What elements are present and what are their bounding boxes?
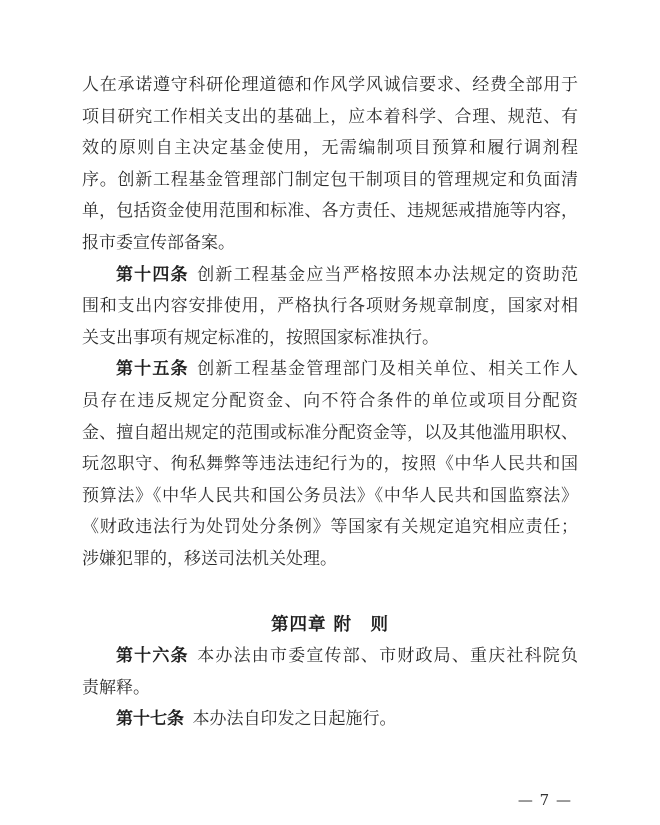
- line-text: 创新工程基金应当严格按照本办法规定的资助范: [197, 265, 578, 285]
- line-text: 员存在违反规定分配资金、向不符合条件的单位或项目分配资: [82, 391, 578, 411]
- line-text: 人在承诺遵守科研伦理道德和作风学风诚信要求、经费全部用于: [82, 75, 578, 95]
- text-line: 单，包括资金使用范围和标准、各方责任、违规惩戒措施等内容，: [82, 196, 578, 228]
- document-body: 人在承诺遵守科研伦理道德和作风学风诚信要求、经费全部用于 项目研究工作相关支出的…: [82, 70, 578, 736]
- page-number: — 7 —: [518, 791, 572, 809]
- text-line: 人在承诺遵守科研伦理道德和作风学风诚信要求、经费全部用于: [82, 70, 578, 102]
- article-16-line: 第十六条本办法由市委宣传部、市财政局、重庆社科院负: [82, 641, 578, 673]
- line-text: 《财政违法行为处罚处分条例》等国家有关规定追究相应责任；: [82, 517, 578, 537]
- article-14-line: 第十四条创新工程基金应当严格按照本办法规定的资助范: [82, 260, 578, 292]
- text-line: 涉嫌犯罪的，移送司法机关处理。: [82, 544, 578, 576]
- line-text: 效的原则自主决定基金使用，无需编制项目预算和履行调剂程: [82, 138, 578, 158]
- line-text: 预算法》《中华人民共和国公务员法》《中华人民共和国监察法》: [82, 486, 578, 506]
- line-text: 本办法由市委宣传部、市财政局、重庆社科院负: [197, 646, 578, 666]
- text-line: 效的原则自主决定基金使用，无需编制项目预算和履行调剂程: [82, 133, 578, 165]
- text-line: 围和支出内容安排使用，严格执行各项财务规章制度，国家对相: [82, 291, 578, 323]
- line-text: 单，包括资金使用范围和标准、各方责任、违规惩戒措施等内容，: [82, 201, 578, 221]
- line-text: 金、擅自超出规定的范围或标准分配资金等，以及其他滥用职权、: [82, 423, 578, 443]
- line-text: 关支出事项有规定标准的，按照国家标准执行。: [82, 328, 439, 348]
- line-text: 创新工程基金管理部门及相关单位、相关工作人: [197, 359, 578, 379]
- document-page: 人在承诺遵守科研伦理道德和作风学风诚信要求、经费全部用于 项目研究工作相关支出的…: [0, 0, 660, 825]
- line-text: 序。创新工程基金管理部门制定包干制项目的管理规定和负面清: [82, 170, 578, 190]
- line-text: 责解释。: [82, 678, 150, 698]
- text-line: 责解释。: [82, 673, 578, 705]
- article-number-label: 第十五条: [116, 359, 189, 379]
- article-15-line: 第十五条创新工程基金管理部门及相关单位、相关工作人: [82, 354, 578, 386]
- line-text: 涉嫌犯罪的，移送司法机关处理。: [82, 549, 337, 569]
- line-text: 本办法自印发之日起施行。: [193, 709, 397, 729]
- text-line: 报市委宣传部备案。: [82, 228, 578, 260]
- text-line: 玩忽职守、徇私舞弊等违法违纪行为的，按照《中华人民共和国: [82, 449, 578, 481]
- chapter-heading: 第四章 附 则: [82, 610, 578, 642]
- line-text: 报市委宣传部备案。: [82, 233, 235, 253]
- text-line: 预算法》《中华人民共和国公务员法》《中华人民共和国监察法》: [82, 481, 578, 513]
- text-line: 《财政违法行为处罚处分条例》等国家有关规定追究相应责任；: [82, 512, 578, 544]
- line-text: 围和支出内容安排使用，严格执行各项财务规章制度，国家对相: [82, 296, 578, 316]
- article-number-label: 第十六条: [116, 646, 189, 666]
- article-17-line: 第十七条本办法自印发之日起施行。: [82, 704, 578, 736]
- text-line: 员存在违反规定分配资金、向不符合条件的单位或项目分配资: [82, 386, 578, 418]
- text-line: 金、擅自超出规定的范围或标准分配资金等，以及其他滥用职权、: [82, 418, 578, 450]
- line-text: 项目研究工作相关支出的基础上，应本着科学、合理、规范、有: [82, 107, 578, 127]
- text-line: 序。创新工程基金管理部门制定包干制项目的管理规定和负面清: [82, 165, 578, 197]
- text-line: 关支出事项有规定标准的，按照国家标准执行。: [82, 323, 578, 355]
- article-number-label: 第十七条: [116, 709, 184, 729]
- line-text: 玩忽职守、徇私舞弊等违法违纪行为的，按照《中华人民共和国: [82, 454, 578, 474]
- text-line: 项目研究工作相关支出的基础上，应本着科学、合理、规范、有: [82, 102, 578, 134]
- article-number-label: 第十四条: [116, 265, 189, 285]
